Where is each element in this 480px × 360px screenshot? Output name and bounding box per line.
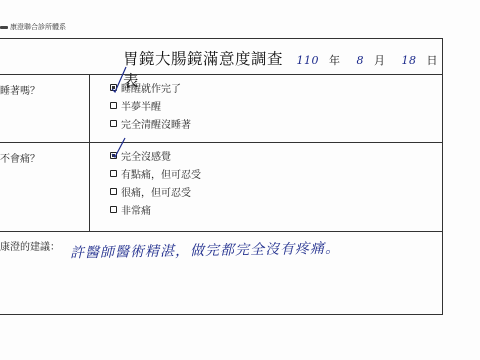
- option-pain-3[interactable]: 非常痛: [110, 200, 201, 218]
- option-sleep-1[interactable]: 半夢半醒: [110, 96, 191, 114]
- date-month-value[interactable]: 8: [357, 54, 365, 67]
- divider: [0, 74, 442, 75]
- date-month-unit: 月: [374, 52, 386, 68]
- divider: [0, 231, 442, 232]
- logo-icon: [0, 26, 8, 29]
- organization-name: 康澄聯合診所體系: [10, 22, 66, 32]
- handwritten-checkmark-icon: [110, 136, 130, 158]
- date-year-unit: 年: [329, 52, 341, 68]
- option-label: 睡醒就作完了: [121, 80, 181, 95]
- option-label: 非常痛: [121, 202, 151, 217]
- handwritten-checkmark-icon: [110, 65, 130, 93]
- option-label: 很痛，但可忍受: [121, 184, 191, 199]
- column-divider: [89, 74, 90, 231]
- date-day-unit: 日: [427, 52, 439, 68]
- checkbox-icon[interactable]: [110, 120, 117, 127]
- checkbox-icon[interactable]: [110, 102, 117, 109]
- suggestion-label: 康澄的建議：: [0, 238, 60, 253]
- date-year-value[interactable]: 110: [297, 54, 320, 67]
- option-label: 半夢半醒: [121, 98, 161, 113]
- checkbox-icon[interactable]: [110, 188, 117, 195]
- date-day-value[interactable]: 18: [402, 54, 417, 67]
- checkbox-icon[interactable]: [110, 206, 117, 213]
- question-pain-label: 不會痛？: [0, 150, 40, 165]
- suggestion-handwritten-text[interactable]: 許醫師醫術精湛，做完都完全沒有疼痛。: [70, 238, 340, 263]
- option-label: 有點痛，但可忍受: [121, 166, 201, 181]
- option-sleep-2[interactable]: 完全清醒沒睡著: [110, 114, 191, 132]
- option-pain-1[interactable]: 有點痛，但可忍受: [110, 164, 201, 182]
- survey-form: 胃鏡大腸鏡滿意度調查表 110 年 8 月 18 日 睡著嗎？ 睡醒就作完了 半…: [0, 38, 443, 315]
- divider: [0, 142, 442, 143]
- question-sleep-label: 睡著嗎？: [0, 82, 40, 97]
- option-label: 完全清醒沒睡著: [121, 116, 191, 131]
- checkbox-icon[interactable]: [110, 170, 117, 177]
- option-pain-2[interactable]: 很痛，但可忍受: [110, 182, 201, 200]
- organization-header: 康澄聯合診所體系: [0, 22, 66, 32]
